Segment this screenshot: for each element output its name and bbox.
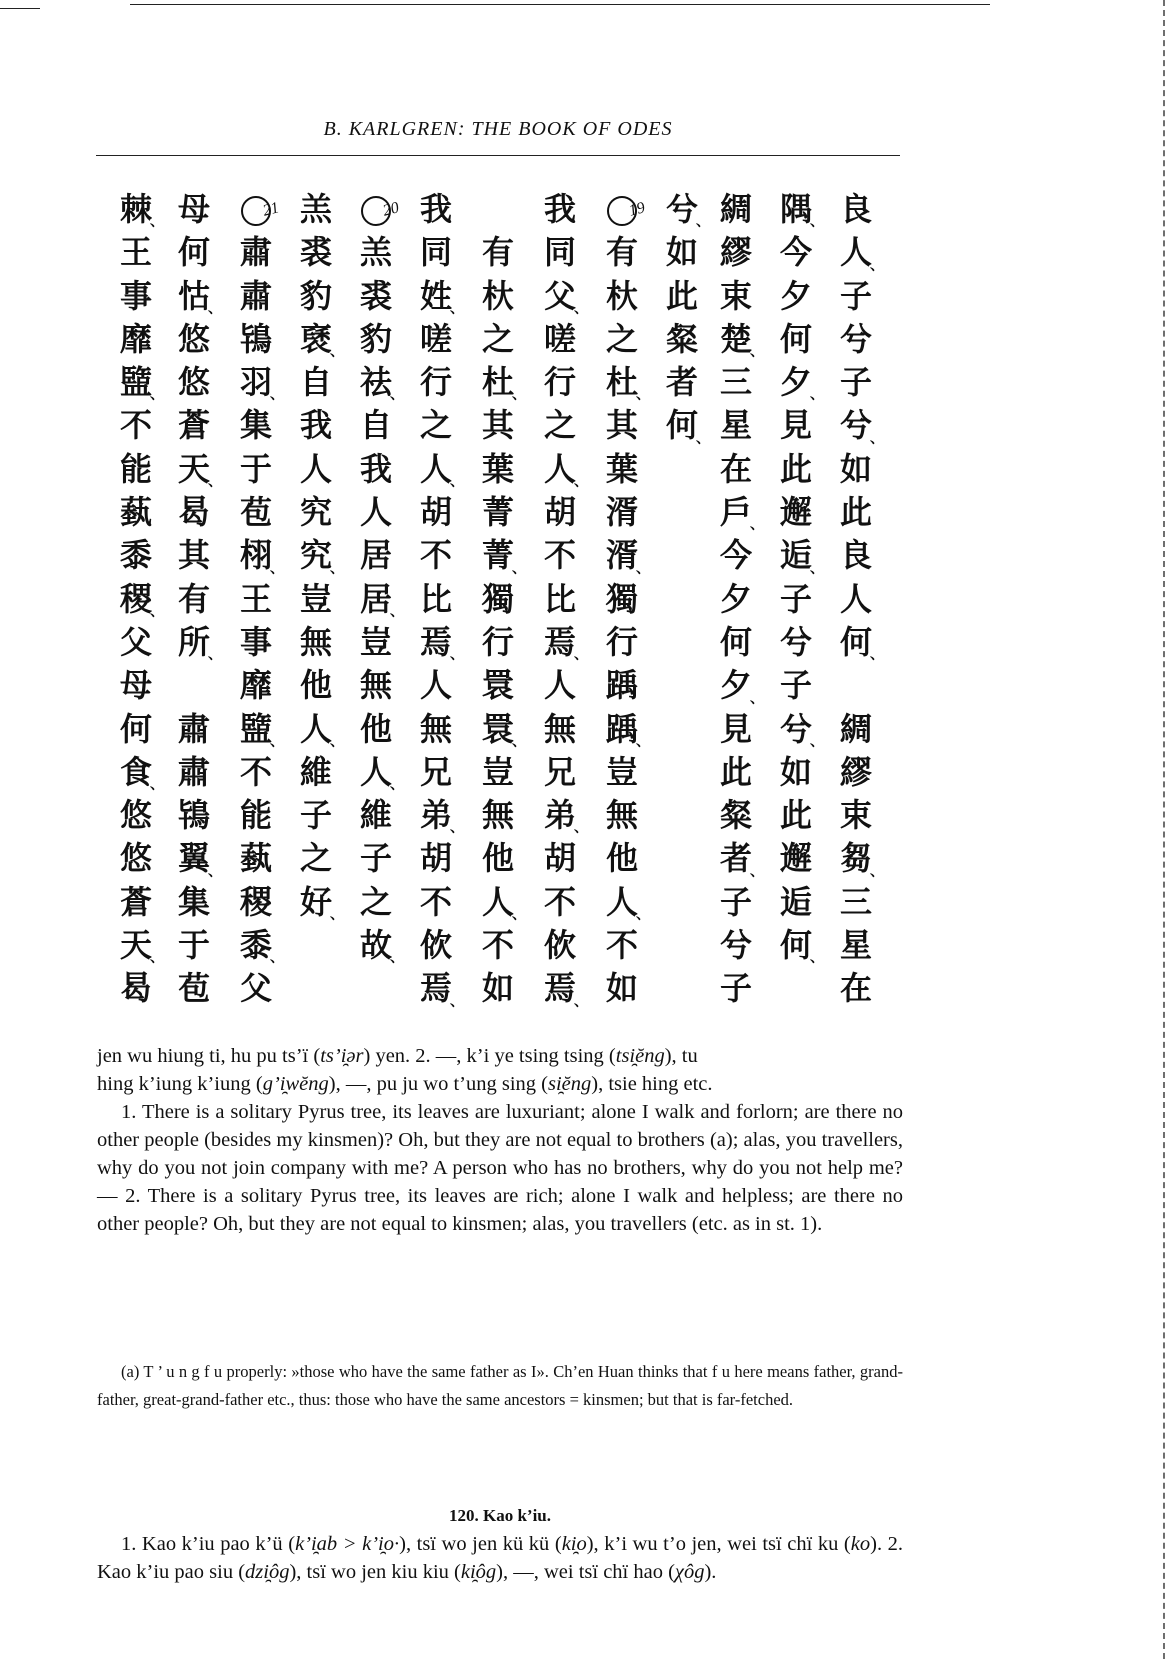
character-cell: 父、 — [536, 275, 584, 318]
character-cell: 姓、 — [412, 275, 460, 318]
character-cell: 子 — [832, 361, 880, 404]
archaic-reading: g’i̯wĕng — [263, 1073, 329, 1095]
character-cell: 人、 — [598, 881, 646, 924]
romanization-text: ), tsie hing etc. — [591, 1073, 712, 1095]
footnote-text: (a) T ’ u n g f u properly: »those who h… — [97, 1358, 903, 1414]
character-cell: 戶、 — [712, 491, 760, 534]
character-cell: 集 — [170, 881, 218, 924]
character-cell: 者、 — [712, 837, 760, 880]
character-cell: 之 — [536, 404, 584, 447]
ode-number: 19 — [624, 187, 651, 233]
punctuation-mark: 、 — [270, 388, 284, 402]
character-cell: 何 — [772, 318, 820, 361]
character-cell — [658, 794, 706, 837]
character-cell: 翼、 — [170, 837, 218, 880]
character-cell: 比 — [412, 578, 460, 621]
text-column: 良人、子兮子兮、如此良人何、綢繆束芻、三星在 — [832, 188, 880, 1011]
character-cell: 母 — [170, 188, 218, 231]
character-cell: 蒼 — [112, 881, 160, 924]
character-cell: 子 — [292, 794, 340, 837]
character-cell: 我 — [292, 404, 340, 447]
character-cell: 盬、 — [112, 361, 160, 404]
character-cell: 他 — [352, 708, 400, 751]
character-cell: 有 — [474, 231, 522, 274]
character-cell: 邂 — [772, 837, 820, 880]
character-cell: 弟、 — [536, 794, 584, 837]
character-cell: 邂 — [772, 491, 820, 534]
character-cell: 如 — [832, 448, 880, 491]
character-cell: 于 — [232, 448, 280, 491]
character-cell: 其 — [598, 404, 646, 447]
character-cell: 何、 — [658, 404, 706, 447]
character-cell: 夕 — [712, 578, 760, 621]
character-cell: 無 — [292, 621, 340, 664]
punctuation-mark: 、 — [512, 562, 526, 576]
punctuation-mark: 、 — [450, 475, 464, 489]
character-cell: 盬、 — [232, 708, 280, 751]
stanza-number-circle-icon: 21 — [241, 196, 271, 226]
character-cell: 在 — [712, 448, 760, 491]
character-cell: 肅 — [170, 751, 218, 794]
character-cell: 如 — [474, 967, 522, 1010]
character-cell: 粲 — [658, 318, 706, 361]
romanization-text: ), tu — [665, 1045, 698, 1067]
character-cell: 如 — [658, 231, 706, 274]
character-cell: 黍 — [112, 534, 160, 577]
character-cell: 悠 — [112, 794, 160, 837]
character-cell: 栩、 — [232, 534, 280, 577]
character-cell: 兮、 — [658, 188, 706, 231]
punctuation-mark: 、 — [636, 908, 650, 922]
character-cell: 三 — [832, 881, 880, 924]
character-cell: 羔 — [292, 188, 340, 231]
punctuation-mark: 、 — [150, 778, 164, 792]
romanization-text: hing k’iung k’iung ( — [97, 1073, 263, 1095]
archaic-reading: ki̯o — [562, 1533, 587, 1555]
character-cell: 束 — [712, 275, 760, 318]
punctuation-mark: 、 — [450, 648, 464, 662]
character-cell — [658, 534, 706, 577]
character-cell: 肅 — [170, 708, 218, 751]
punctuation-mark: 、 — [208, 648, 222, 662]
character-cell: 肅 — [232, 231, 280, 274]
character-cell — [658, 448, 706, 491]
translation-paragraph: 1. There is a solitary Pyrus tree, its l… — [97, 1098, 903, 1238]
punctuation-mark: 、 — [150, 951, 164, 965]
character-cell: 者 — [658, 361, 706, 404]
character-cell: 能 — [232, 794, 280, 837]
character-cell — [658, 708, 706, 751]
character-cell: 蒼 — [170, 404, 218, 447]
character-cell: 不 — [412, 881, 460, 924]
character-cell: 無 — [412, 708, 460, 751]
punctuation-mark: 、 — [208, 475, 222, 489]
character-cell: 20 — [352, 188, 400, 231]
character-cell: 稷、 — [112, 578, 160, 621]
punctuation-mark: 、 — [750, 865, 764, 879]
character-cell: 葉 — [474, 448, 522, 491]
romanization-text: ), —, wei tsï chï hao ( — [496, 1561, 675, 1583]
character-cell: 獨 — [474, 578, 522, 621]
character-cell: 蓺 — [232, 837, 280, 880]
character-cell: 兮、 — [772, 708, 820, 751]
character-cell: 無 — [598, 794, 646, 837]
character-cell: 黍、 — [232, 924, 280, 967]
character-cell: 佽 — [536, 924, 584, 967]
character-cell: 踽、 — [598, 708, 646, 751]
punctuation-mark: 、 — [636, 735, 650, 749]
character-cell — [772, 967, 820, 1010]
text-column: 21肅肅鴇羽、集于苞栩、王事靡盬、不能蓺稷黍、父 — [232, 188, 280, 1011]
character-cell: 人、 — [536, 448, 584, 491]
scan-top-edge-line — [130, 4, 990, 5]
character-cell — [832, 664, 880, 707]
character-cell: 今 — [712, 534, 760, 577]
character-cell: 此 — [832, 491, 880, 534]
scan-right-edge — [1163, 0, 1168, 1659]
punctuation-mark: 、 — [574, 821, 588, 835]
character-cell: 悠 — [170, 361, 218, 404]
punctuation-mark: 、 — [450, 995, 464, 1009]
archaic-reading: k’i̯ab > k’i̯o· — [295, 1533, 399, 1555]
character-cell: 在 — [832, 967, 880, 1010]
punctuation-mark: 、 — [150, 388, 164, 402]
character-cell: 21 — [232, 188, 280, 231]
character-cell: 焉、 — [536, 967, 584, 1010]
romanization-text: ), —, pu ju wo t’ung sing ( — [329, 1073, 548, 1095]
character-cell: 我 — [352, 448, 400, 491]
character-cell: 子 — [712, 967, 760, 1010]
character-cell: 夕 — [772, 275, 820, 318]
character-cell: 兄 — [536, 751, 584, 794]
punctuation-mark: 、 — [870, 865, 884, 879]
character-cell: 繆 — [832, 751, 880, 794]
archaic-reading: ts’i̯ər — [320, 1045, 363, 1067]
character-cell — [658, 578, 706, 621]
punctuation-mark: 、 — [810, 735, 824, 749]
punctuation-mark: 、 — [574, 302, 588, 316]
character-cell: 羽、 — [232, 361, 280, 404]
character-cell: 何 — [112, 708, 160, 751]
character-cell: 嗟 — [536, 318, 584, 361]
character-cell: 睘 — [474, 664, 522, 707]
character-cell: 兮、 — [832, 404, 880, 447]
character-cell: 菁、 — [474, 534, 522, 577]
text-column: 兮、如此粲者何、 — [658, 188, 706, 1011]
character-cell: 無 — [474, 794, 522, 837]
character-cell: 何、 — [832, 621, 880, 664]
stanza-number-circle-icon: 20 — [361, 196, 391, 226]
character-cell: 束 — [832, 794, 880, 837]
character-cell — [170, 664, 218, 707]
character-cell: 自 — [352, 404, 400, 447]
punctuation-mark: 、 — [574, 648, 588, 662]
character-cell: 人 — [832, 578, 880, 621]
character-cell: 居 — [352, 534, 400, 577]
character-cell: 曷 — [170, 491, 218, 534]
character-cell: 焉、 — [412, 967, 460, 1010]
character-cell: 之 — [352, 881, 400, 924]
character-cell: 人、 — [832, 231, 880, 274]
punctuation-mark: 、 — [390, 778, 404, 792]
character-cell: 湑 — [598, 491, 646, 534]
section-title: 120. Kao k’iu. — [97, 1506, 903, 1526]
character-cell: 維 — [292, 751, 340, 794]
character-cell: 如 — [772, 751, 820, 794]
character-cell: 見 — [772, 404, 820, 447]
archaic-reading: tsi̯ĕng — [616, 1045, 665, 1067]
character-cell — [292, 924, 340, 967]
character-cell: 焉、 — [536, 621, 584, 664]
character-cell: 胡 — [412, 837, 460, 880]
character-cell: 母 — [112, 664, 160, 707]
text-column: 羔裘豹褎、自我人究究、豈無他人、維子之好、 — [292, 188, 340, 1011]
character-cell: 不 — [412, 534, 460, 577]
character-cell: 同 — [412, 231, 460, 274]
romanization-text: ), k’i wu t’o jen, wei tsï chï ku ( — [587, 1533, 851, 1555]
character-cell: 靡 — [112, 318, 160, 361]
character-cell: 綢 — [712, 188, 760, 231]
character-cell: 人 — [292, 448, 340, 491]
character-cell: 星 — [712, 404, 760, 447]
character-cell: 人、 — [412, 448, 460, 491]
character-cell: 夕、 — [772, 361, 820, 404]
punctuation-mark: 、 — [330, 345, 344, 359]
character-cell: 踽 — [598, 664, 646, 707]
punctuation-mark: 、 — [636, 388, 650, 402]
punctuation-mark: 、 — [750, 692, 764, 706]
character-cell: 杕 — [598, 275, 646, 318]
scan-top-edge-line — [0, 8, 40, 9]
character-cell: 不 — [232, 751, 280, 794]
character-cell: 行 — [412, 361, 460, 404]
romanization-paragraph: jen wu hiung ti, hu pu ts’ï (ts’i̯ər) ye… — [97, 1042, 903, 1238]
character-cell: 逅、 — [772, 534, 820, 577]
punctuation-mark: 、 — [870, 259, 884, 273]
punctuation-mark: 、 — [810, 388, 824, 402]
text-column: 母何怙、悠悠蒼天、曷其有所、肅肅鴇翼、集于苞 — [170, 188, 218, 1011]
character-cell: 王 — [232, 578, 280, 621]
character-cell: 其 — [474, 404, 522, 447]
character-cell: 良 — [832, 188, 880, 231]
punctuation-mark: 、 — [390, 388, 404, 402]
character-cell: 弟、 — [412, 794, 460, 837]
character-cell: 兮 — [712, 924, 760, 967]
character-cell: 裘 — [292, 231, 340, 274]
character-cell: 三 — [712, 361, 760, 404]
punctuation-mark: 、 — [574, 995, 588, 1009]
character-cell: 胡 — [412, 491, 460, 534]
character-cell — [658, 881, 706, 924]
character-cell — [658, 491, 706, 534]
punctuation-mark: 、 — [512, 735, 526, 749]
punctuation-mark: 、 — [208, 302, 222, 316]
character-cell: 不 — [536, 534, 584, 577]
character-cell: 人、 — [474, 881, 522, 924]
character-cell: 事 — [232, 621, 280, 664]
character-cell: 此 — [772, 448, 820, 491]
character-cell — [658, 621, 706, 664]
archaic-reading: ki̯ôg — [461, 1561, 496, 1583]
character-cell: 何 — [170, 231, 218, 274]
character-cell: 父 — [112, 621, 160, 664]
romanization-text: ), tsï wo jen kü kü ( — [399, 1533, 562, 1555]
character-cell: 鴇 — [232, 318, 280, 361]
text-column: 棘、王事靡盬、不能蓺黍稷、父母何食、悠悠蒼天、曷 — [112, 188, 160, 1011]
character-cell: 胡 — [536, 837, 584, 880]
character-cell: 我 — [412, 188, 460, 231]
character-cell — [658, 837, 706, 880]
character-cell — [292, 967, 340, 1010]
character-cell: 故、 — [352, 924, 400, 967]
character-cell: 行 — [474, 621, 522, 664]
character-cell: 芻、 — [832, 837, 880, 880]
punctuation-mark: 、 — [810, 562, 824, 576]
character-cell — [658, 664, 706, 707]
character-cell — [352, 967, 400, 1010]
character-cell: 悠 — [112, 837, 160, 880]
character-cell: 天、 — [112, 924, 160, 967]
character-cell: 子 — [712, 881, 760, 924]
romanization-text: ). — [704, 1561, 716, 1583]
character-cell — [658, 751, 706, 794]
punctuation-mark: 、 — [696, 215, 710, 229]
character-cell: 維 — [352, 794, 400, 837]
running-head: B. KARLGREN: THE BOOK OF ODES — [96, 118, 900, 141]
punctuation-mark: 、 — [330, 908, 344, 922]
punctuation-mark: 、 — [270, 562, 284, 576]
text-column: 20羔裘豹祛、自我人居居、豈無他人、維子之故、 — [352, 188, 400, 1011]
character-cell: 楚、 — [712, 318, 760, 361]
character-cell: 人 — [412, 664, 460, 707]
character-cell: 子 — [352, 837, 400, 880]
character-cell: 人、 — [292, 708, 340, 751]
character-cell: 杜、 — [474, 361, 522, 404]
archaic-reading: dzi̯ôg — [245, 1561, 289, 1583]
character-cell: 良 — [832, 534, 880, 577]
character-cell: 稷 — [232, 881, 280, 924]
character-cell — [474, 188, 522, 231]
character-cell: 我 — [536, 188, 584, 231]
character-cell: 靡 — [232, 664, 280, 707]
character-cell: 居、 — [352, 578, 400, 621]
character-cell: 豈 — [352, 621, 400, 664]
character-cell: 19 — [598, 188, 646, 231]
character-cell: 此 — [712, 751, 760, 794]
character-cell: 裘 — [352, 275, 400, 318]
character-cell: 見 — [712, 708, 760, 751]
character-cell: 苞 — [170, 967, 218, 1010]
character-cell: 人、 — [352, 751, 400, 794]
punctuation-mark: 、 — [390, 951, 404, 965]
character-cell — [658, 967, 706, 1010]
character-cell: 于 — [170, 924, 218, 967]
archaic-reading: χôg — [675, 1561, 705, 1583]
text-column: 有杕之杜、其葉菁菁、獨行睘睘、豈無他人、不如 — [474, 188, 522, 1011]
character-cell: 杜、 — [598, 361, 646, 404]
character-cell: 悠 — [170, 318, 218, 361]
character-cell: 事 — [112, 275, 160, 318]
character-cell: 兮 — [772, 621, 820, 664]
character-cell: 曷 — [112, 967, 160, 1010]
character-cell: 不 — [474, 924, 522, 967]
character-cell: 人 — [352, 491, 400, 534]
character-cell: 獨 — [598, 578, 646, 621]
character-cell: 自 — [292, 361, 340, 404]
character-cell: 天、 — [170, 448, 218, 491]
character-cell: 比 — [536, 578, 584, 621]
character-cell: 睘、 — [474, 708, 522, 751]
character-cell: 子 — [772, 664, 820, 707]
character-cell: 無 — [352, 664, 400, 707]
character-cell: 之 — [474, 318, 522, 361]
character-cell: 同 — [536, 231, 584, 274]
character-cell: 祛、 — [352, 361, 400, 404]
character-cell: 所、 — [170, 621, 218, 664]
punctuation-mark: 、 — [330, 562, 344, 576]
character-cell: 棘、 — [112, 188, 160, 231]
punctuation-mark: 、 — [810, 951, 824, 965]
character-cell: 王 — [112, 231, 160, 274]
character-cell: 他 — [292, 664, 340, 707]
header-rule — [96, 155, 900, 156]
character-cell: 肅 — [232, 275, 280, 318]
romanization-text: 1. Kao k’iu pao k’ü ( — [121, 1533, 295, 1555]
stanza-number-circle-icon: 19 — [607, 196, 637, 226]
character-cell: 豈 — [474, 751, 522, 794]
punctuation-mark: 、 — [750, 345, 764, 359]
character-cell: 他 — [598, 837, 646, 880]
character-cell: 之 — [292, 837, 340, 880]
character-cell: 能 — [112, 448, 160, 491]
character-cell: 不 — [112, 404, 160, 447]
character-cell: 不 — [598, 924, 646, 967]
punctuation-mark: 、 — [750, 518, 764, 532]
character-cell: 兮 — [832, 318, 880, 361]
ode-number: 20 — [378, 187, 405, 233]
character-cell: 豹 — [292, 275, 340, 318]
character-cell: 菁 — [474, 491, 522, 534]
punctuation-mark: 、 — [512, 908, 526, 922]
character-cell: 蓺 — [112, 491, 160, 534]
punctuation-mark: 、 — [150, 215, 164, 229]
punctuation-mark: 、 — [810, 215, 824, 229]
punctuation-mark: 、 — [636, 562, 650, 576]
character-cell: 豈 — [292, 578, 340, 621]
character-cell: 食、 — [112, 751, 160, 794]
character-cell: 人 — [536, 664, 584, 707]
character-cell: 杕 — [474, 275, 522, 318]
character-cell: 他 — [474, 837, 522, 880]
character-cell: 行 — [536, 361, 584, 404]
character-cell: 怙、 — [170, 275, 218, 318]
character-cell: 羔 — [352, 231, 400, 274]
archaic-reading: si̯ĕng — [548, 1073, 591, 1095]
character-cell: 行 — [598, 621, 646, 664]
punctuation-mark: 、 — [512, 388, 526, 402]
character-cell: 之 — [412, 404, 460, 447]
character-cell: 兄 — [412, 751, 460, 794]
punctuation-mark: 、 — [270, 735, 284, 749]
character-cell: 豹 — [352, 318, 400, 361]
punctuation-mark: 、 — [870, 432, 884, 446]
character-cell: 何 — [712, 621, 760, 664]
character-cell: 不 — [536, 881, 584, 924]
punctuation-mark: 、 — [208, 865, 222, 879]
ode-number: 21 — [258, 187, 285, 233]
archaic-reading: ko — [851, 1533, 870, 1555]
character-cell: 子 — [832, 275, 880, 318]
